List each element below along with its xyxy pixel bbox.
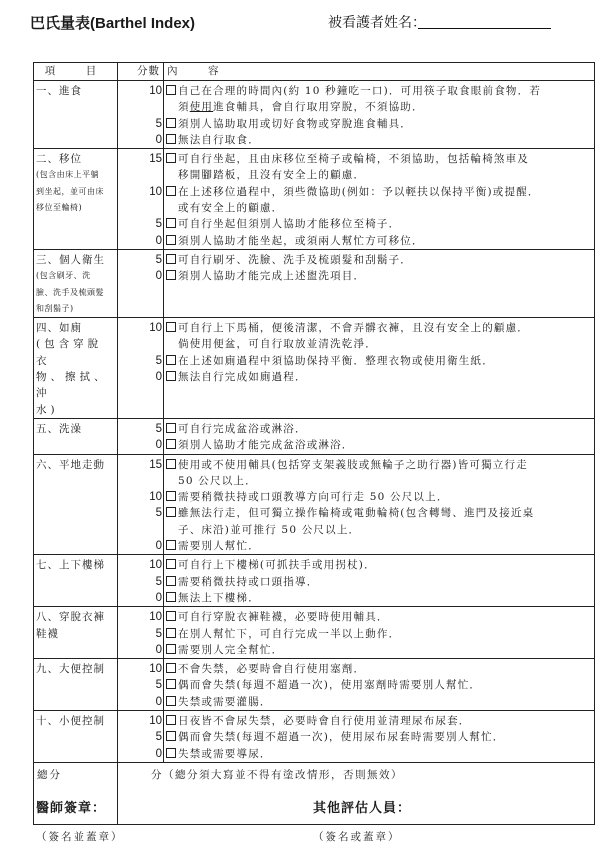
score-value: 0 [118,746,163,762]
table-header-row: 項 目 分數 內 容 [34,63,595,81]
option-text: 須別人協助才能完成盆浴或淋浴． [178,439,354,451]
item-name: 八、穿脫衣褲 [36,611,105,623]
checkbox[interactable] [166,644,176,654]
form-title: 巴氏量表(Barthel Index) [30,12,195,33]
option-text: 偶而會失禁(每週不超過一次)，使用塞劑時需要別人幫忙． [178,679,481,691]
option-text: 無法上下樓梯． [178,592,260,604]
option-text: 須別人協助取用或切好食物或穿脫進食輔具． [178,118,412,130]
option-line: 在別人幫忙下，可自行完成一半以上動作． [164,626,594,642]
option-line: 需要別人完全幫忙． [164,642,594,658]
item-cell: 六、平地走動 [34,454,118,555]
option-text: 需要別人幫忙． [178,540,260,552]
option-continuation: 移開腳踏板，且沒有安全上的顧慮． [164,167,594,183]
checkbox[interactable] [166,459,176,469]
option-line: 須別人協助才能坐起，或須兩人幫忙方可移位． [164,233,594,249]
score-cell: 1050 [118,81,164,149]
score-value: 5 [118,116,163,132]
option-text: 移開腳踏板，且沒有安全上的顧慮． [178,169,365,181]
table-row: 六、平地走動151050使用或不使用輔具(包括穿支架義肢或無輪子之助行器)皆可獨… [34,454,595,555]
option-line: 可自行上下馬桶，便後清潔，不會弄髒衣褲，且沒有安全上的顧慮． [164,320,594,336]
option-text: 可自行坐起但須別人協助才能移位至椅子． [178,218,400,230]
table-row: 三、個人衛生(包含刷牙、洗臉、洗手及梳頭髮和刮鬍子)50可自行刷牙、洗臉、洗手及… [34,249,595,317]
checkbox[interactable] [166,270,176,280]
option-text: 或有安全上的顧慮． [178,202,283,214]
content-cell: 日夜皆不會尿失禁，必要時會自行使用並清理尿布尿套．偶而會失禁(每週不超過一次)，… [164,710,595,762]
item-cell: 二、移位(包含由床上平躺到坐起，並可由床移位至輪椅) [34,149,118,250]
score-cell: 50 [118,249,164,317]
option-text: 可自行完成盆浴或淋浴． [178,423,307,435]
item-name: 一、進食 [36,85,82,97]
option-text: 可自行刷牙、洗臉、洗手及梳頭髮和刮鬍子． [178,254,412,266]
item-cell: 三、個人衛生(包含刷牙、洗臉、洗手及梳頭髮和刮鬍子) [34,249,118,317]
option-line: 失禁或需要灌腸． [164,694,594,710]
other-assessor-note: （簽名或蓋章） [313,829,401,844]
option-text: 須別人協助才能坐起，或須兩人幫忙方可移位． [178,235,424,247]
column-header-score: 分數 [118,63,164,81]
table-row: 四、如廁(包含穿脫衣物、擦拭、沖水)1050可自行上下馬桶，便後清潔，不會弄髒衣… [34,318,595,419]
score-cell: 1050 [118,555,164,607]
checkbox[interactable] [166,663,176,673]
score-cell: 50 [118,418,164,454]
option-text: 日夜皆不會尿失禁，必要時會自行使用並清理尿布尿套． [178,715,471,727]
score-value: 5 [118,421,163,437]
score-value: 5 [118,677,163,693]
item-description: 到坐起，並可由床 [36,184,115,200]
option-text: 可自行穿脫衣褲鞋襪，必要時使用輔具． [178,611,389,623]
score-cell: 1050 [118,607,164,659]
checkbox[interactable] [166,715,176,725]
option-text: 在上述如廁過程中須協助保持平衡．整理衣物或使用衛生紙． [178,355,494,367]
option-line: 不會失禁，必要時會自行使用塞劑． [164,661,594,677]
option-text: 倘使用便盆，可自行取放並清洗乾淨． [178,338,377,350]
option-line: 可自行坐起但須別人協助才能移位至椅子． [164,216,594,232]
option-line: 在上述如廁過程中須協助保持平衡．整理衣物或使用衛生紙． [164,353,594,369]
score-value [118,167,163,183]
checkbox[interactable] [166,439,176,449]
score-value: 5 [118,252,163,268]
score-value: 5 [118,574,163,590]
item-cell: 五、洗澡 [34,418,118,454]
table-row: 七、上下樓梯1050可自行上下樓梯(可抓扶手或用拐杖)．需要稍微扶持或口頭指導．… [34,555,595,607]
option-text: 在別人幫忙下，可自行完成一半以上動作． [178,628,400,640]
spacer [164,285,594,301]
checkbox[interactable] [166,218,176,228]
score-value: 0 [118,233,163,249]
spacer [164,301,594,317]
item-cell: 八、穿脫衣褲鞋襪 [34,607,118,659]
table-row: 十、小便控制1050日夜皆不會尿失禁，必要時會自行使用並清理尿布尿套．偶而會失禁… [34,710,595,762]
score-value: 0 [118,132,163,148]
checkbox[interactable] [166,628,176,638]
item-cell: 四、如廁(包含穿脫衣物、擦拭、沖水) [34,318,118,419]
item-name: 五、洗澡 [36,423,82,435]
score-value [118,336,163,352]
checkbox[interactable] [166,118,176,128]
score-value [118,522,163,538]
total-instruction: 分（總分須大寫並不得有塗改情形，否則無效） [151,769,403,781]
item-name: 十、小便控制 [36,715,105,727]
option-continuation: 須使用進食輔具，會自行取用穿脫，不須協助． [164,99,594,115]
score-value: 10 [118,661,163,677]
score-value: 0 [118,694,163,710]
score-value: 10 [118,320,163,336]
score-value: 5 [118,626,163,642]
option-line: 雖無法行走，但可獨立操作輪椅或電動輪椅(包含轉彎、進門及接近桌 [164,505,594,521]
checkbox[interactable] [166,186,176,196]
score-value: 5 [118,729,163,745]
checkbox[interactable] [166,748,176,758]
option-line: 自己在合理的時間內(約 10 秒鐘吃一口)．可用筷子取食眼前食物．若 [164,83,594,99]
option-line: 須別人協助才能完成上述盥洗項目． [164,268,594,284]
checkbox[interactable] [166,540,176,550]
score-cell: 1050 [118,318,164,419]
checkbox[interactable] [166,322,176,332]
table-row: 五、洗澡50可自行完成盆浴或淋浴．須別人協助才能完成盆浴或淋浴． [34,418,595,454]
score-value [118,473,163,489]
option-line: 日夜皆不會尿失禁，必要時會自行使用並清理尿布尿套． [164,713,594,729]
option-line: 可自行完成盆浴或淋浴． [164,421,594,437]
option-text: 在上述移位過程中，須些微協助(例如：予以輕扶以保持平衡)或提醒． [178,186,540,198]
option-text: 需要稍微扶持或口頭教導方向可行走 50 公尺以上． [178,491,449,503]
score-value: 10 [118,713,163,729]
item-description: 移位至輪椅) [36,200,115,216]
item-name: 六、平地走動 [36,459,105,471]
score-value: 0 [118,268,163,284]
option-line: 無法自行完成如廁過程． [164,369,594,385]
content-cell: 可自行上下馬桶，便後清潔，不會弄髒衣褲，且沒有安全上的顧慮．倘使用便盆，可自行取… [164,318,595,419]
option-line: 可自行上下樓梯(可抓扶手或用拐杖)． [164,557,594,573]
checkbox[interactable] [166,254,176,264]
patient-name-field[interactable] [418,28,551,29]
table-row: 九、大便控制1050不會失禁，必要時會自行使用塞劑．偶而會失禁(每週不超過一次)… [34,659,595,711]
other-assessor-label: 其他評估人員： [313,797,411,816]
option-line: 可自行刷牙、洗臉、洗手及梳頭髮和刮鬍子． [164,252,594,268]
score-value [118,99,163,115]
table-row: 一、進食1050自己在合理的時間內(約 10 秒鐘吃一口)．可用筷子取食眼前食物… [34,81,595,149]
item-name: 三、個人衛生 [36,254,105,266]
item-description: (包含由床上平躺 [36,167,115,183]
checkbox[interactable] [166,134,176,144]
checkbox[interactable] [166,235,176,245]
option-text: 無法自行完成如廁過程． [178,371,307,383]
score-value [118,200,163,216]
option-line: 可自行穿脫衣褲鞋襪，必要時使用輔具． [164,609,594,625]
score-value: 10 [118,557,163,573]
option-line: 需要別人幫忙． [164,538,594,554]
option-line: 在上述移位過程中，須些微協助(例如：予以輕扶以保持平衡)或提醒． [164,184,594,200]
content-cell: 不會失禁，必要時會自行使用塞劑．偶而會失禁(每週不超過一次)，使用塞劑時需要別人… [164,659,595,711]
checkbox[interactable] [166,576,176,586]
option-text: 使用或不使用輔具(包括穿支架義肢或無輪子之助行器)皆可獨立行走 [178,459,528,471]
checkbox[interactable] [166,731,176,741]
checkbox[interactable] [166,491,176,501]
checkbox[interactable] [166,153,176,163]
item-name: 七、上下樓梯 [36,559,105,571]
option-text: 50 公尺以上． [178,475,257,487]
content-cell: 可自行穿脫衣褲鞋襪，必要時使用輔具．在別人幫忙下，可自行完成一半以上動作．需要別… [164,607,595,659]
option-text: 偶而會失禁(每週不超過一次)，使用尿布尿套時需要別人幫忙． [178,731,505,743]
option-text: 需要稍微扶持或口頭指導． [178,576,318,588]
score-value: 10 [118,83,163,99]
option-text: 須別人協助才能完成上述盥洗項目． [178,270,365,282]
score-value: 0 [118,437,163,453]
content-cell: 可自行刷牙、洗臉、洗手及梳頭髮和刮鬍子．須別人協助才能完成上述盥洗項目． [164,249,595,317]
option-line: 使用或不使用輔具(包括穿支架義肢或無輪子之助行器)皆可獨立行走 [164,457,594,473]
option-text: 自己在合理的時間內(約 10 秒鐘吃一口)．可用筷子取食眼前食物．若 [178,85,541,97]
checkbox[interactable] [166,371,176,381]
score-value: 0 [118,369,163,385]
score-value: 10 [118,489,163,505]
column-header-content: 內 容 [164,63,595,81]
option-text: 可自行上下馬桶，便後清潔，不會弄髒衣褲，且沒有安全上的顧慮． [178,322,529,334]
option-line: 需要稍微扶持或口頭教導方向可行走 50 公尺以上． [164,489,594,505]
option-text: 雖無法行走，但可獨立操作輪椅或電動輪椅(包含轉彎、進門及接近桌 [178,507,534,519]
item-description: 鞋襪 [36,626,115,642]
score-value: 0 [118,642,163,658]
content-cell: 可自行坐起，且由床移位至椅子或輪椅，不須協助，包括輪椅煞車及移開腳踏板，且沒有安… [164,149,595,250]
item-description: 和刮鬍子) [36,301,115,317]
option-line: 偶而會失禁(每週不超過一次)，使用塞劑時需要別人幫忙． [164,677,594,693]
item-description: (包含刷牙、洗 [36,268,115,284]
option-continuation: 倘使用便盆，可自行取放並清洗乾淨． [164,336,594,352]
score-value: 0 [118,590,163,606]
option-line: 無法上下樓梯． [164,590,594,606]
option-text: 失禁或需要導尿． [178,748,272,760]
option-continuation: 或有安全上的顧慮． [164,200,594,216]
checkbox[interactable] [166,85,176,95]
score-value: 0 [118,538,163,554]
spacer [118,285,163,301]
checkbox[interactable] [166,355,176,365]
checkbox[interactable] [166,611,176,621]
option-line: 可自行坐起，且由床移位至椅子或輪椅，不須協助，包括輪椅煞車及 [164,151,594,167]
table-row: 八、穿脫衣褲鞋襪1050可自行穿脫衣褲鞋襪，必要時使用輔具．在別人幫忙下，可自行… [34,607,595,659]
spacer [118,301,163,317]
option-text: 需要別人完全幫忙． [178,644,283,656]
option-line: 需要稍微扶持或口頭指導． [164,574,594,590]
score-cell: 1050 [118,710,164,762]
checkbox[interactable] [166,592,176,602]
patient-name-label: 被看護者姓名： [328,12,426,32]
item-cell: 九、大便控制 [34,659,118,711]
score-value: 5 [118,353,163,369]
score-value: 15 [118,457,163,473]
column-header-item: 項 目 [34,63,118,81]
score-value: 15 [118,151,163,167]
option-text: 須使用進食輔具，會自行取用穿脫，不須協助． [178,101,424,113]
option-text: 可自行坐起，且由床移位至椅子或輪椅，不須協助，包括輪椅煞車及 [178,153,529,165]
item-cell: 一、進食 [34,81,118,149]
checkbox[interactable] [166,679,176,689]
option-line: 須別人協助才能完成盆浴或淋浴． [164,437,594,453]
item-description: 水) [36,402,115,418]
score-value: 5 [118,216,163,232]
item-cell: 十、小便控制 [34,710,118,762]
content-cell: 使用或不使用輔具(包括穿支架義肢或無輪子之助行器)皆可獨立行走50 公尺以上．需… [164,454,595,555]
checkbox[interactable] [166,559,176,569]
score-value: 5 [118,505,163,521]
content-cell: 可自行上下樓梯(可抓扶手或用拐杖)．需要稍微扶持或口頭指導．無法上下樓梯． [164,555,595,607]
doctor-signature-label: 醫師簽章： [36,797,106,816]
option-line: 失禁或需要導尿． [164,746,594,762]
content-cell: 可自行完成盆浴或淋浴．須別人協助才能完成盆浴或淋浴． [164,418,595,454]
option-text: 子、床沿)並可推行 50 公尺以上． [178,524,360,536]
option-text: 無法自行取食． [178,134,260,146]
doctor-signature-note: （簽名並蓋章） [36,829,124,844]
score-cell: 151050 [118,149,164,250]
content-cell: 自己在合理的時間內(約 10 秒鐘吃一口)．可用筷子取食眼前食物．若須使用進食輔… [164,81,595,149]
item-description: 物、擦拭、沖 [36,369,115,402]
score-value: 10 [118,184,163,200]
option-text: 失禁或需要灌腸． [178,696,272,708]
option-continuation: 子、床沿)並可推行 50 公尺以上． [164,522,594,538]
item-name: 九、大便控制 [36,663,105,675]
item-name: 四、如廁 [36,322,82,334]
option-line: 偶而會失禁(每週不超過一次)，使用尿布尿套時需要別人幫忙． [164,729,594,745]
item-description: 臉、洗手及梳頭髮 [36,285,115,301]
score-cell: 1050 [118,659,164,711]
table-row: 二、移位(包含由床上平躺到坐起，並可由床移位至輪椅)151050可自行坐起，且由… [34,149,595,250]
option-text: 可自行上下樓梯(可抓扶手或用拐杖)． [178,559,376,571]
score-cell: 151050 [118,454,164,555]
item-cell: 七、上下樓梯 [34,555,118,607]
option-line: 須別人協助取用或切好食物或穿脫進食輔具． [164,116,594,132]
checkbox[interactable] [166,696,176,706]
item-description: (包含穿脫衣 [36,336,115,369]
barthel-table: 項 目 分數 內 容 一、進食1050自己在合理的時間內(約 10 秒鐘吃一口)… [33,62,595,825]
option-text: 不會失禁，必要時會自行使用塞劑． [178,663,365,675]
checkbox[interactable] [166,507,176,517]
checkbox[interactable] [166,423,176,433]
item-name: 二、移位 [36,153,82,165]
score-value: 10 [118,609,163,625]
option-line: 無法自行取食． [164,132,594,148]
option-continuation: 50 公尺以上． [164,473,594,489]
